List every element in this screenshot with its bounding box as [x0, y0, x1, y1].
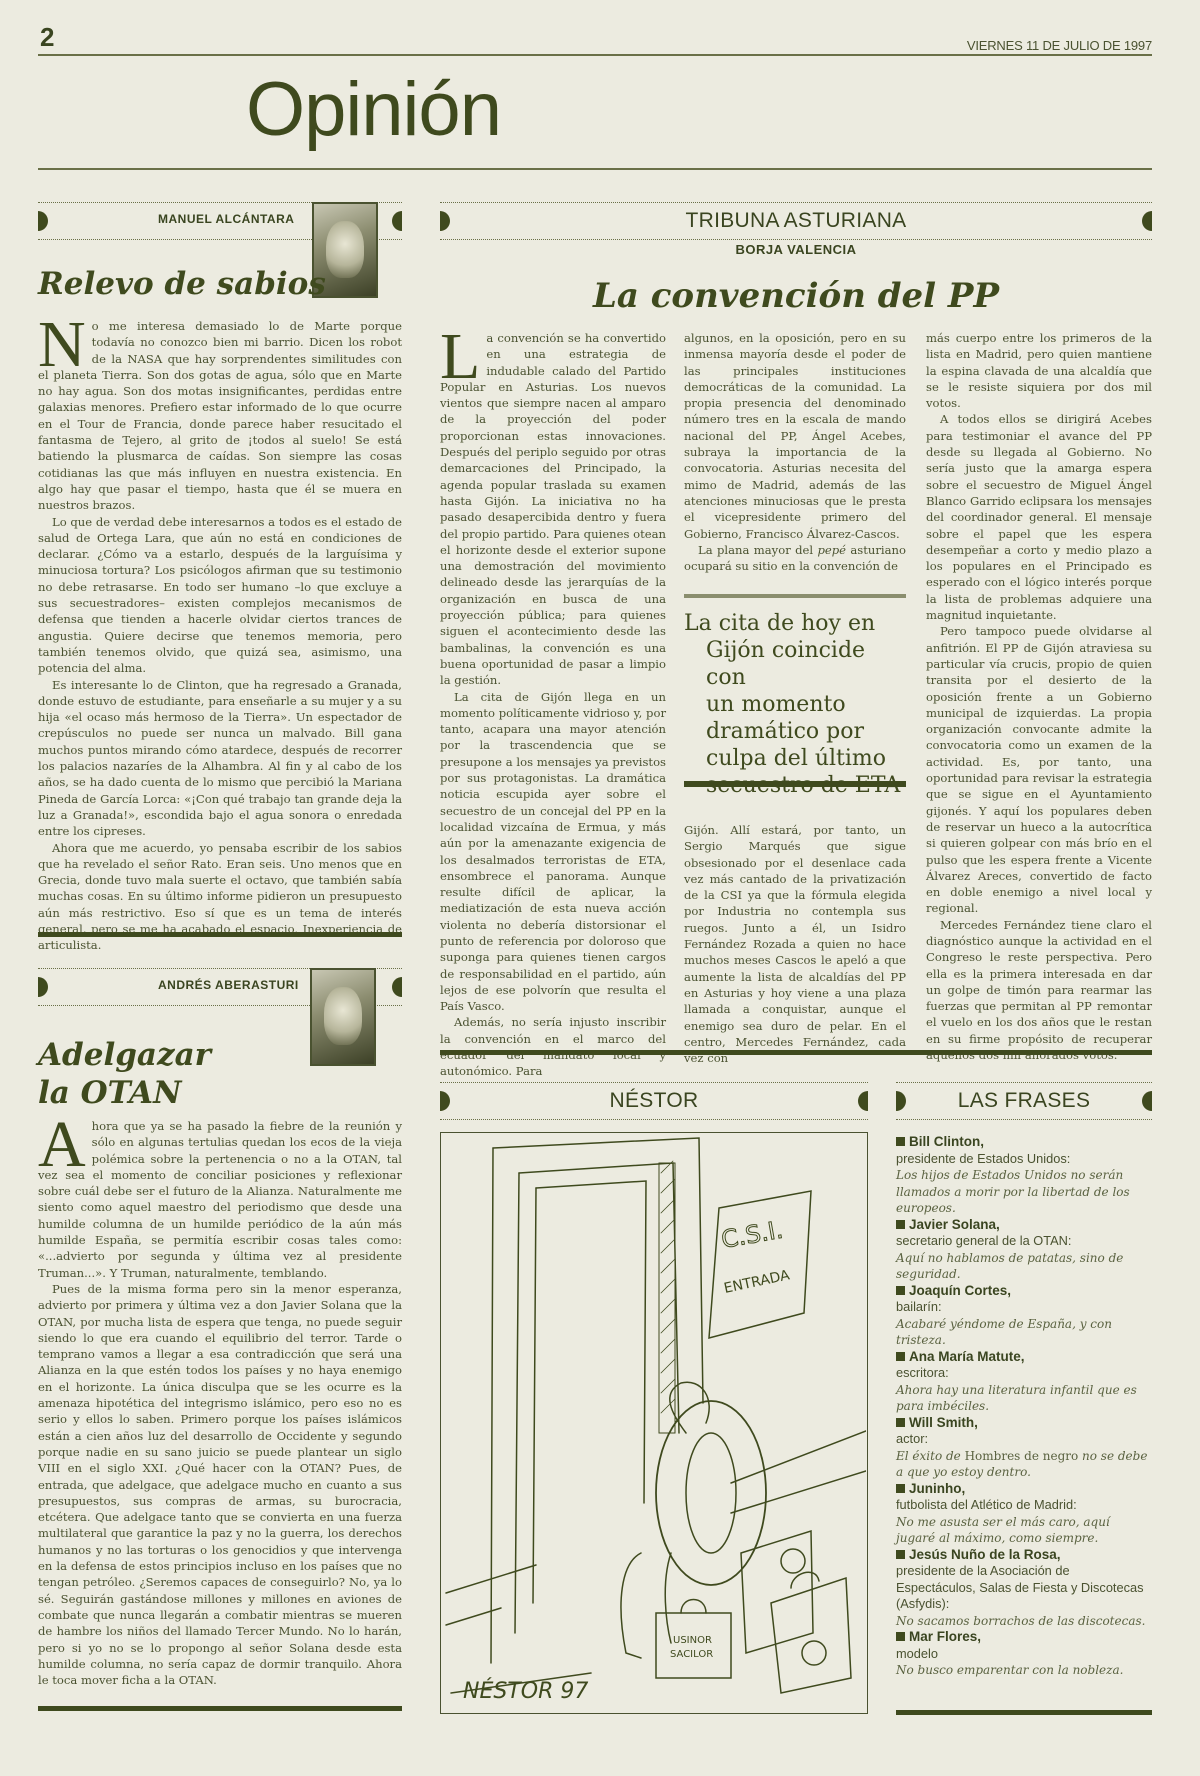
frase-item: Ana María Matute, escritora: Ahora hay u…	[896, 1349, 1152, 1415]
frase-item: Javier Solana, secretario general de la …	[896, 1217, 1152, 1283]
frase-item: Joaquín Cortes, bailarín: Acabaré yéndom…	[896, 1283, 1152, 1349]
portrait-icon	[324, 987, 361, 1045]
bracket-right-icon	[392, 211, 402, 231]
author-name: Manuel Alcántara	[158, 212, 294, 226]
section-label: TRIBUNA ASTURIANA	[440, 209, 1152, 233]
pull-quote: La cita de hoy en Gijón coincide con un …	[684, 610, 906, 799]
top-rule	[38, 54, 1152, 56]
pull-quote-top-rule	[684, 594, 906, 598]
frases-header: LAS FRASES	[896, 1082, 1152, 1120]
bracket-left-icon	[38, 977, 48, 997]
frase-item: Bill Clinton, presidente de Estados Unid…	[896, 1134, 1152, 1217]
svg-text:ENTRADA: ENTRADA	[723, 1267, 792, 1297]
bracket-left-icon	[38, 211, 48, 231]
bullet-square-icon	[896, 1632, 905, 1641]
tribuna-end-rule	[440, 1050, 1152, 1055]
article-headline: Adelgazar la OTAN	[38, 1036, 211, 1112]
frases-list: Bill Clinton, presidente de Estados Unid…	[896, 1134, 1152, 1679]
tribuna-column-2-top: algunos, en la oposición, pero en su inm…	[684, 330, 906, 574]
tribuna-header: TRIBUNA ASTURIANA	[440, 202, 1152, 240]
frase-item: Mar Flores, modelo No busco emparentar c…	[896, 1629, 1152, 1679]
tribuna-author: BORJA VALENCIA	[440, 242, 1152, 257]
article-body-alcantara: No me interesa demasiado lo de Marte por…	[38, 318, 402, 954]
cartoon-header: NÉSTOR	[440, 1082, 868, 1120]
svg-text:SACILOR: SACILOR	[670, 1649, 713, 1660]
dropcap: N	[38, 320, 86, 370]
page-number: 2	[40, 22, 54, 53]
issue-date: VIERNES 11 DE JULIO DE 1997	[967, 38, 1152, 53]
svg-text:NÉSTOR 97: NÉSTOR 97	[463, 1678, 588, 1704]
section-label: LAS FRASES	[896, 1089, 1152, 1113]
section-label: NÉSTOR	[440, 1089, 868, 1113]
bracket-right-icon	[392, 977, 402, 997]
tribuna-column-2-bottom: Gijón. Allí estará, por tanto, un Sergio…	[684, 822, 906, 1066]
section-rule	[38, 168, 1152, 170]
article-headline: Relevo de sabios	[38, 266, 326, 302]
portrait-icon	[326, 221, 363, 278]
tribuna-column-3: más cuerpo entre los primeros de la list…	[926, 330, 1152, 1063]
pull-quote-bottom-rule	[684, 781, 906, 787]
bullet-square-icon	[896, 1418, 905, 1427]
cartoon: C.S.I. ENTRADA USINOR SACILOR NÉSTOR 97	[440, 1132, 868, 1714]
bullet-square-icon	[896, 1352, 905, 1361]
bullet-square-icon	[896, 1137, 905, 1146]
frase-item: Jesús Nuño de la Rosa, presidente de la …	[896, 1547, 1152, 1630]
dropcap: L	[440, 332, 480, 382]
dropcap: A	[38, 1120, 86, 1170]
article-end-rule	[38, 1706, 402, 1711]
cartoon-drawing-icon: C.S.I. ENTRADA USINOR SACILOR NÉSTOR 97	[441, 1133, 866, 1712]
section-title: Opinión	[246, 72, 501, 148]
bullet-square-icon	[896, 1484, 905, 1493]
svg-text:C.S.I.: C.S.I.	[719, 1216, 785, 1254]
article-end-rule	[38, 932, 402, 937]
author-photo-aberasturi	[310, 968, 376, 1066]
tribuna-headline: La convención del PP	[440, 276, 1152, 316]
bullet-square-icon	[896, 1550, 905, 1559]
bullet-square-icon	[896, 1286, 905, 1295]
frase-item: Will Smith, actor: El éxito de Hombres d…	[896, 1415, 1152, 1481]
frase-item: Juninho, futbolista del Atlético de Madr…	[896, 1481, 1152, 1547]
bullet-square-icon	[896, 1220, 905, 1229]
author-name: Andrés Aberasturi	[158, 978, 299, 992]
article-body-aberasturi: Ahora que ya se ha pasado la fiebre de l…	[38, 1118, 402, 1688]
svg-text:USINOR: USINOR	[673, 1635, 712, 1646]
frases-end-rule	[896, 1710, 1152, 1715]
tribuna-column-1: La convención se ha convertido en una es…	[440, 330, 666, 1080]
